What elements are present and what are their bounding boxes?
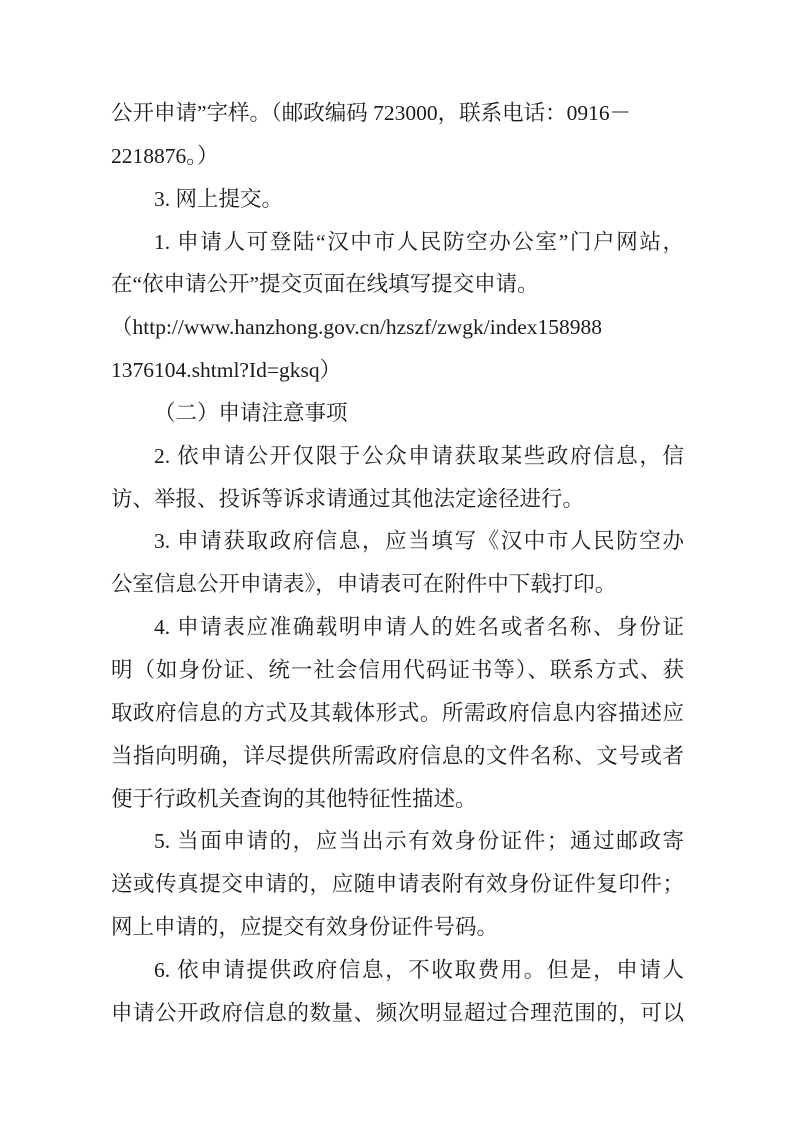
text-line: 2. 依申请公开仅限于公众申请获取某些政府信息，信 xyxy=(111,435,684,478)
text-line: 3. 申请获取政府信息，应当填写《汉中市人民防空办 xyxy=(111,520,684,563)
text-line: 送或传真提交申请的，应随申请表附有效身份证件复印件； xyxy=(111,863,684,906)
text-line: 1376104.shtml?Id=gksq） xyxy=(111,349,684,392)
text-line: （http://www.hanzhong.gov.cn/hzszf/zwgk/i… xyxy=(111,306,684,349)
text-line: 申请公开政府信息的数量、频次明显超过合理范围的，可以 xyxy=(111,992,684,1035)
text-line: 3. 网上提交。 xyxy=(111,178,684,221)
text-line: 4. 申请表应准确载明申请人的姓名或者名称、身份证 xyxy=(111,606,684,649)
text-line: 2218876。） xyxy=(111,135,684,178)
text-line: 明（如身份证、统一社会信用代码证书等）、联系方式、获 xyxy=(111,649,684,692)
text-line: 当指向明确，详尽提供所需政府信息的文件名称、文号或者 xyxy=(111,735,684,778)
text-line: 便于行政机关查询的其他特征性描述。 xyxy=(111,778,684,821)
text-line: 1. 申请人可登陆“汉中市人民防空办公室”门户网站， xyxy=(111,221,684,264)
text-line: 公开申请”字样。（邮政编码 723000，联系电话：0916－ xyxy=(111,92,684,135)
text-line: 在“依申请公开”提交页面在线填写提交申请。 xyxy=(111,263,684,306)
text-line: 取政府信息的方式及其载体形式。所需政府信息内容描述应 xyxy=(111,692,684,735)
text-line: 访、举报、投诉等诉求请通过其他法定途径进行。 xyxy=(111,478,684,521)
text-line: 网上申请的，应提交有效身份证件号码。 xyxy=(111,906,684,949)
text-line: 公室信息公开申请表》，申请表可在附件中下载打印。 xyxy=(111,563,684,606)
text-line: （二）申请注意事项 xyxy=(111,392,684,435)
text-line: 6. 依申请提供政府信息，不收取费用。但是，申请人 xyxy=(111,949,684,992)
document-body: 公开申请”字样。（邮政编码 723000，联系电话：0916－2218876。）… xyxy=(111,92,684,1035)
document-page: 公开申请”字样。（邮政编码 723000，联系电话：0916－2218876。）… xyxy=(0,0,793,1122)
text-line: 5. 当面申请的，应当出示有效身份证件；通过邮政寄 xyxy=(111,820,684,863)
